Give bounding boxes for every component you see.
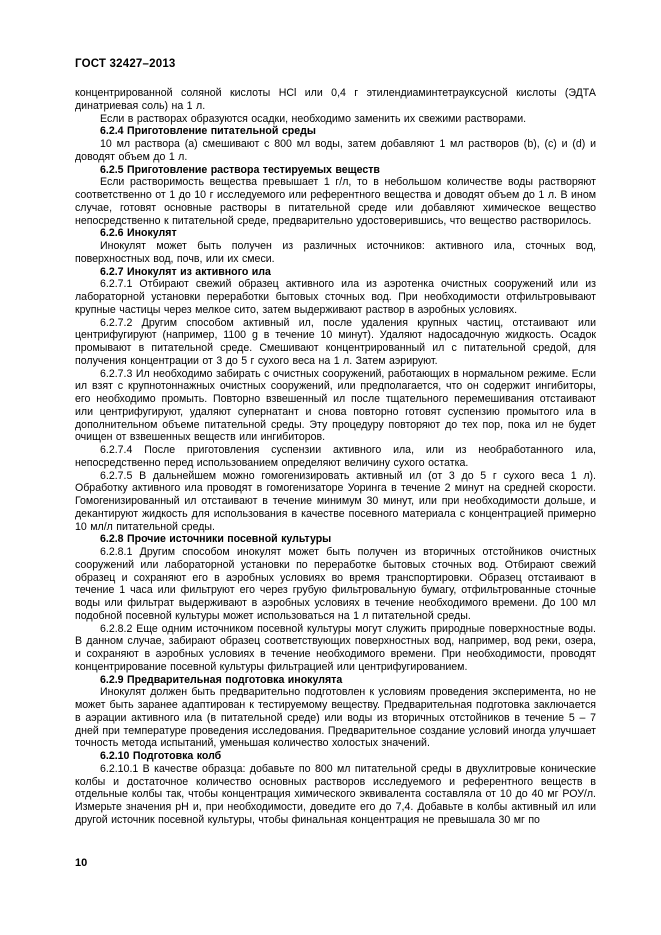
paragraph-6-2-7-3: 6.2.7.3 Ил необходимо забирать с очистны… — [75, 368, 596, 445]
page-number: 10 — [75, 857, 87, 869]
paragraph-6-2-9-body: Инокулят должен быть предварительно подг… — [75, 686, 596, 750]
paragraph-6-2-8-1: 6.2.8.1 Другим способом инокулят может б… — [75, 546, 596, 623]
paragraph-6-2-5-body: Если растворимость вещества превышает 1 … — [75, 176, 596, 227]
paragraph-6-2-8-2: 6.2.8.2 Еще одним источником посевной ку… — [75, 623, 596, 674]
document-body: концентрированной соляной кислоты HCl ил… — [75, 87, 596, 827]
heading-6-2-6: 6.2.6 Инокулят — [75, 227, 596, 240]
document-page: { "doc": { "header": "ГОСТ 32427–2013", … — [0, 0, 661, 935]
paragraph-6-2-4-body: 10 мл раствора (a) смешивают с 800 мл во… — [75, 138, 596, 164]
standard-number-header: ГОСТ 32427–2013 — [75, 58, 176, 70]
heading-6-2-7: 6.2.7 Инокулят из активного ила — [75, 266, 596, 279]
paragraph-6-2-7-5: 6.2.7.5 В дальнейшем можно гомогенизиров… — [75, 470, 596, 534]
paragraph-solutions-note: Если в растворах образуются осадки, необ… — [75, 113, 596, 126]
paragraph-6-2-7-4: 6.2.7.4 После приготовления суспензии ак… — [75, 444, 596, 470]
paragraph-6-2-10-1: 6.2.10.1 В качестве образца: добавьте по… — [75, 763, 596, 827]
paragraph-continuation: концентрированной соляной кислоты HCl ил… — [75, 87, 596, 113]
paragraph-6-2-6-body: Инокулят может быть получен из различных… — [75, 240, 596, 266]
heading-6-2-9: 6.2.9 Предварительная подготовка инокуля… — [75, 674, 596, 687]
heading-6-2-4: 6.2.4 Приготовление питательной среды — [75, 125, 596, 138]
heading-6-2-5: 6.2.5 Приготовление раствора тестируемых… — [75, 164, 596, 177]
paragraph-6-2-7-1: 6.2.7.1 Отбирают свежий образец активног… — [75, 278, 596, 316]
heading-6-2-8: 6.2.8 Прочие источники посевной культуры — [75, 533, 596, 546]
paragraph-6-2-7-2: 6.2.7.2 Другим способом активный ил, пос… — [75, 317, 596, 368]
heading-6-2-10: 6.2.10 Подготовка колб — [75, 750, 596, 763]
